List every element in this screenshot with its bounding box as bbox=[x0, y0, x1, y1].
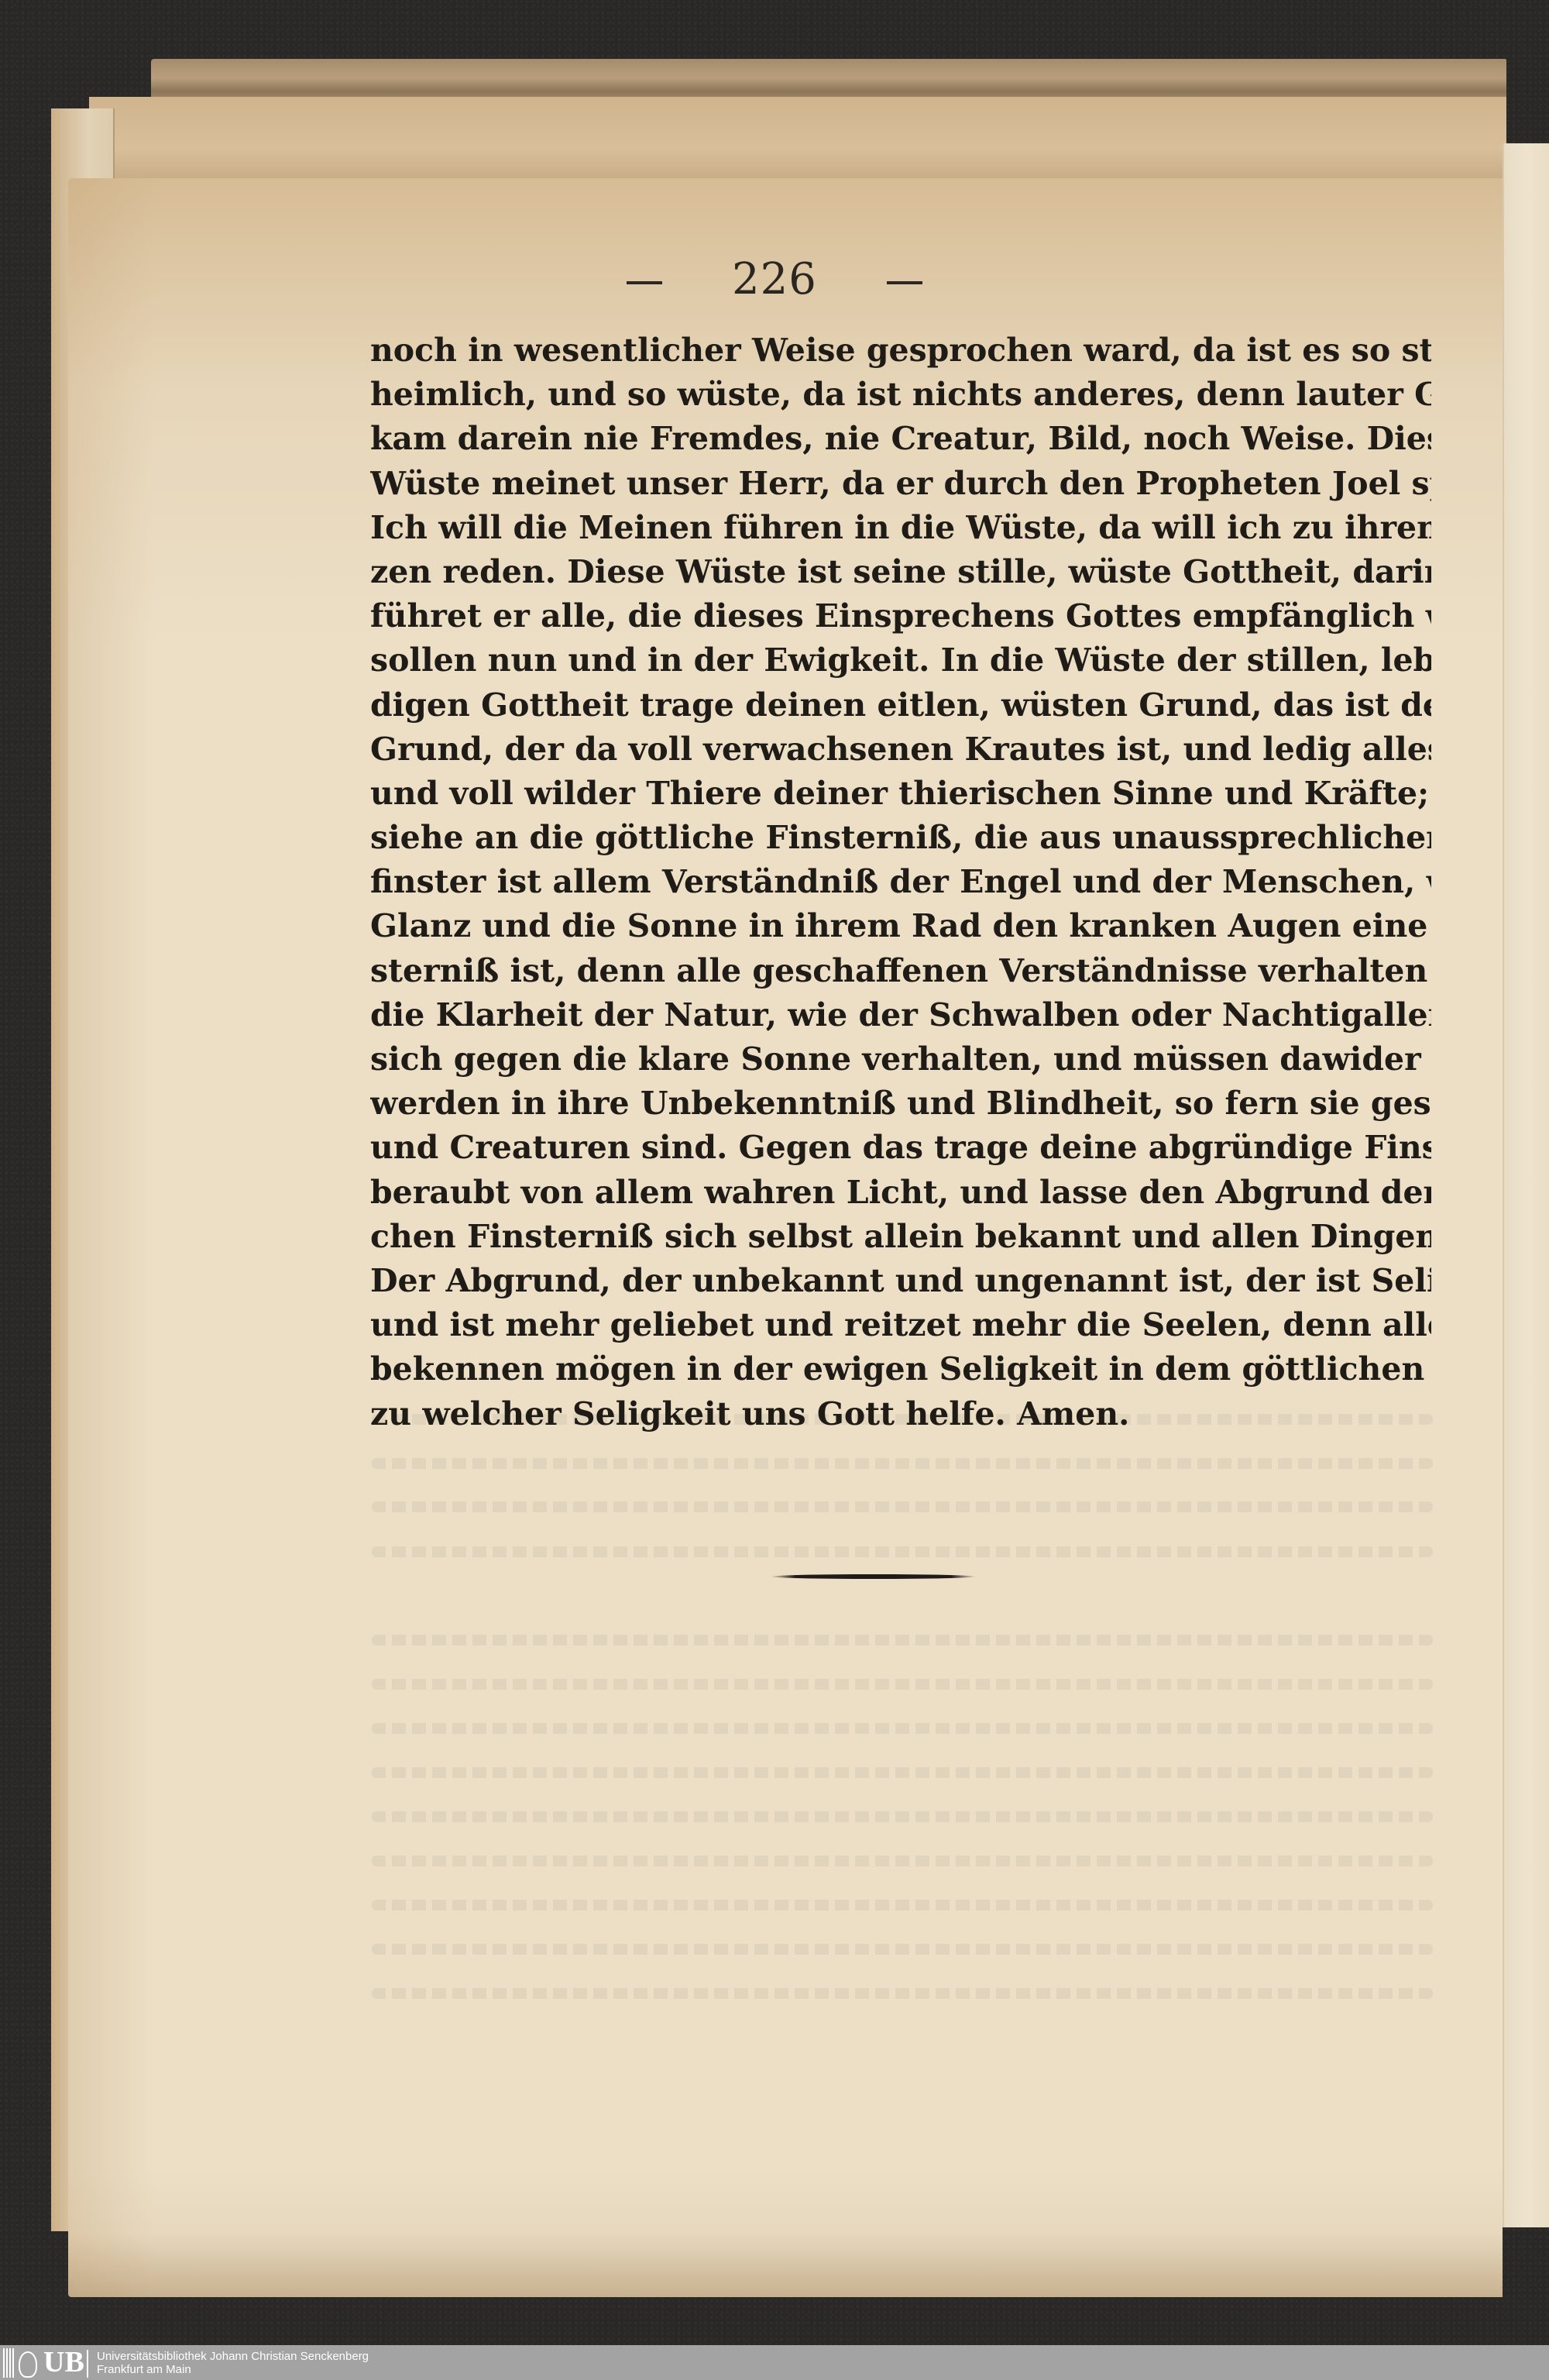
portrait-icon bbox=[19, 2351, 37, 2378]
text-line: digen Gottheit trage deinen eitlen, wüst… bbox=[370, 683, 1431, 727]
text-line: sollen nun und in der Ewigkeit. In die W… bbox=[370, 638, 1431, 683]
text-line: kam darein nie Fremdes, nie Creatur, Bil… bbox=[370, 417, 1431, 461]
text-line-final: zu welcher Seligkeit uns Gott helfe. Ame… bbox=[370, 1392, 1431, 1436]
show-through-line bbox=[372, 1811, 1433, 1822]
show-through-line bbox=[372, 1458, 1433, 1469]
show-through-line bbox=[372, 1856, 1433, 1866]
text-line: zen reden. Diese Wüste ist seine stille,… bbox=[370, 550, 1431, 594]
header-dash-right bbox=[887, 281, 922, 284]
text-line: die Klarheit der Natur, wie der Schwalbe… bbox=[370, 993, 1431, 1037]
text-line: werden in ihre Unbekenntniß und Blindhei… bbox=[370, 1082, 1431, 1126]
page-stack-right-edge bbox=[1503, 143, 1549, 2227]
show-through-line bbox=[372, 1900, 1433, 1911]
show-through-line bbox=[372, 1546, 1433, 1557]
text-line: führet er alle, die dieses Einsprechens … bbox=[370, 594, 1431, 638]
text-line: und voll wilder Thiere deiner thierische… bbox=[370, 772, 1431, 816]
text-line: beraubt von allem wahren Licht, und lass… bbox=[370, 1171, 1431, 1215]
page-header: 226 bbox=[0, 254, 1549, 304]
text-line: sterniß ist, denn alle geschaffenen Vers… bbox=[370, 949, 1431, 993]
text-line: Glanz und die Sonne in ihrem Rad den kra… bbox=[370, 904, 1431, 948]
text-line: siehe an die göttliche Finsterniß, die a… bbox=[370, 816, 1431, 860]
columns-icon bbox=[3, 2348, 14, 2378]
body-text: noch in wesentlicher Weise gesprochen wa… bbox=[370, 328, 1431, 1436]
text-line: Grund, der da voll verwachsenen Krautes … bbox=[370, 727, 1431, 772]
text-line: Der Abgrund, der unbekannt und ungenannt… bbox=[370, 1259, 1431, 1303]
show-through-line bbox=[372, 1988, 1433, 1999]
text-line: heimlich, und so wüste, da ist nichts an… bbox=[370, 373, 1431, 417]
section-end-rule bbox=[771, 1574, 976, 1579]
show-through-line bbox=[372, 1635, 1433, 1646]
show-through-line bbox=[372, 1501, 1433, 1512]
text-line: bekennen mögen in der ewigen Seligkeit i… bbox=[370, 1347, 1431, 1391]
logo-divider bbox=[87, 2350, 88, 2378]
text-line: Wüste meinet unser Herr, da er durch den… bbox=[370, 462, 1431, 506]
show-through-line bbox=[372, 1944, 1433, 1955]
text-line: noch in wesentlicher Weise gesprochen wa… bbox=[370, 328, 1431, 373]
text-line: chen Finsterniß sich selbst allein bekan… bbox=[370, 1215, 1431, 1259]
text-line: und Creaturen sind. Gegen das trage dein… bbox=[370, 1126, 1431, 1170]
logo-text: UB bbox=[43, 2346, 84, 2378]
show-through-line bbox=[372, 1679, 1433, 1690]
header-dash-left bbox=[627, 281, 662, 284]
ub-logo: UB bbox=[0, 2345, 89, 2380]
show-through-line bbox=[372, 1723, 1433, 1734]
text-line: Ich will die Meinen führen in die Wüste,… bbox=[370, 506, 1431, 550]
page-stack-top-fold bbox=[89, 97, 1506, 184]
text-line: sich gegen die klare Sonne verhalten, un… bbox=[370, 1037, 1431, 1082]
text-line: finster ist allem Verständniß der Engel … bbox=[370, 860, 1431, 904]
institution-location: Frankfurt am Main bbox=[97, 2363, 369, 2376]
library-footer-bar: UB Universitätsbibliothek Johann Christi… bbox=[0, 2345, 1549, 2380]
show-through-line bbox=[372, 1767, 1433, 1778]
text-line: und ist mehr geliebet und reitzet mehr d… bbox=[370, 1303, 1431, 1347]
footer-caption: Universitätsbibliothek Johann Christian … bbox=[97, 2350, 369, 2376]
institution-name: Universitätsbibliothek Johann Christian … bbox=[97, 2350, 369, 2363]
page-number: 226 bbox=[732, 254, 817, 304]
